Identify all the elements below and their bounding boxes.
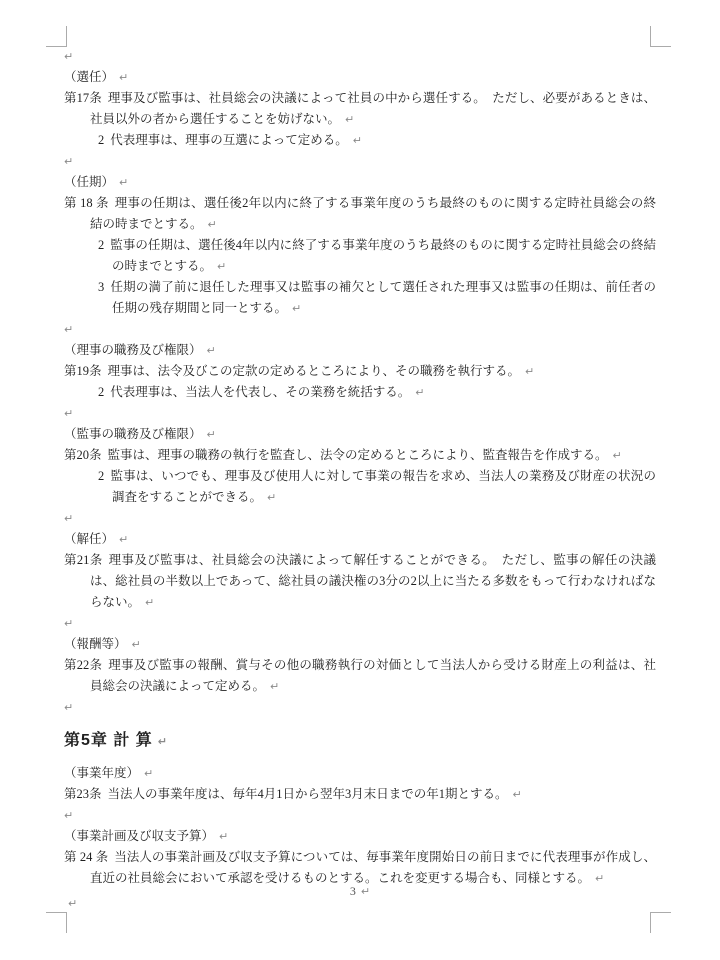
paragraph-mark-icon: ↵ (68, 897, 77, 910)
paragraph-text: 理事及び監事の報酬、賞与その他の職務執行の対価として当法人から受ける財産上の利益… (90, 658, 656, 693)
article-number: 第17条 (64, 91, 102, 105)
section-label: （選任）↵ (64, 67, 656, 88)
paragraph-mark-icon: ↵ (353, 130, 362, 151)
document-content: ↵（選任）↵第17条理事及び監事は、社員総会の決議によって社員の中から選任する。… (64, 46, 656, 889)
paragraph-mark-icon: ↵ (217, 256, 226, 277)
paragraph-text: （報酬等） (64, 637, 127, 651)
sub-item-paragraph: 2代表理事は、当法人を代表し、その業務を統括する。↵ (98, 382, 656, 403)
paragraph-mark-icon: ↵ (292, 298, 301, 319)
article-number: 2 (98, 133, 104, 147)
article-number: 2 (98, 238, 104, 252)
crop-mark-bottom-right-icon (650, 912, 671, 933)
paragraph-text: 代表理事は、当法人を代表し、その業務を統括する。 (110, 385, 410, 399)
paragraph-mark-icon: ↵ (64, 805, 73, 826)
paragraph-text: 監事は、理事の職務の執行を監査し、法令の定めるところにより、監査報告を作成する。 (108, 448, 608, 462)
article-number: 第19条 (64, 364, 102, 378)
paragraph-mark-icon: ↵ (64, 151, 73, 172)
paragraph-text: 理事及び監事は、社員総会の決議によって解任することができる。 ただし、監事の解任… (90, 553, 656, 609)
article-paragraph: 第23条当法人の事業年度は、毎年4月1日から翌年3月末日までの年1期とする。↵ (64, 784, 656, 805)
paragraph-mark-icon: ↵ (361, 885, 370, 898)
section-label: （解任）↵ (64, 529, 656, 550)
sub-item-paragraph: 2監事は、いつでも、理事及び使用人に対して事業の報告を求め、当法人の業務及び財産… (98, 466, 656, 508)
paragraph-mark-icon: ↵ (119, 67, 128, 88)
blank-line: ↵ (64, 46, 656, 67)
paragraph-text: 監事は、いつでも、理事及び使用人に対して事業の報告を求め、当法人の業務及び財産の… (110, 469, 656, 504)
article-number: 第20条 (64, 448, 102, 462)
paragraph-text: （選任） (64, 70, 114, 84)
section-label: （任期）↵ (64, 172, 656, 193)
paragraph-mark-icon: ↵ (64, 403, 73, 424)
article-number: 第 24 条 (64, 850, 108, 864)
paragraph-mark-icon: ↵ (144, 763, 153, 784)
paragraph-text: （任期） (64, 175, 114, 189)
paragraph-mark-icon: ↵ (219, 826, 228, 847)
blank-line: ↵ (64, 151, 656, 172)
article-paragraph: 第21条理事及び監事は、社員総会の決議によって解任することができる。 ただし、監… (64, 550, 656, 613)
blank-line: ↵ (64, 403, 656, 424)
paragraph-mark-icon: ↵ (64, 697, 73, 718)
crop-mark-top-left-icon (46, 26, 67, 47)
crop-mark-top-right-icon (650, 26, 671, 47)
article-paragraph: 第19条理事は、法令及びこの定款の定めるところにより、その職務を執行する。↵ (64, 361, 656, 382)
blank-line: ↵ (64, 508, 656, 529)
paragraph-text: （事業年度） (64, 766, 139, 780)
article-paragraph: 第 24 条当法人の事業計画及び収支予算については、毎事業年度開始日の前日までに… (64, 847, 656, 889)
paragraph-mark-icon: ↵ (132, 634, 141, 655)
article-number: 第22条 (64, 658, 102, 672)
blank-line: ↵ (64, 613, 656, 634)
section-label: （理事の職務及び権限）↵ (64, 340, 656, 361)
blank-line: ↵ (64, 697, 656, 718)
paragraph-text: 理事は、法令及びこの定款の定めるところにより、その職務を執行する。 (108, 364, 521, 378)
paragraph-mark-icon: ↵ (119, 529, 128, 550)
article-paragraph: 第22条理事及び監事の報酬、賞与その他の職務執行の対価として当法人から受ける財産… (64, 655, 656, 697)
paragraph-mark-icon: ↵ (145, 592, 154, 613)
article-number: 第 18 条 (64, 196, 109, 210)
paragraph-mark-icon: ↵ (207, 424, 216, 445)
paragraph-text: 監事の任期は、選任後4年以内に終了する事業年度のうち最終のものに関する定時社員総… (110, 238, 656, 273)
paragraph-mark-icon: ↵ (525, 361, 534, 382)
sub-item-paragraph: 2監事の任期は、選任後4年以内に終了する事業年度のうち最終のものに関する定時社員… (98, 235, 656, 277)
article-paragraph: 第20条監事は、理事の職務の執行を監査し、法令の定めるところにより、監査報告を作… (64, 445, 656, 466)
sub-item-paragraph: 2代表理事は、理事の互選によって定める。↵ (98, 130, 656, 151)
page-number-value: 3 (350, 884, 356, 898)
paragraph-mark-icon: ↵ (64, 46, 73, 67)
sub-item-paragraph: 3任期の満了前に退任した理事又は監事の補欠として選任された理事又は監事の任期は、… (98, 277, 656, 319)
paragraph-mark-icon: ↵ (64, 613, 73, 634)
article-number: 第21条 (64, 553, 103, 567)
crop-mark-bottom-left-icon (46, 912, 67, 933)
paragraph-text: 第5章 計 算 (64, 732, 153, 749)
paragraph-text: 代表理事は、理事の互選によって定める。 (110, 133, 348, 147)
article-number: 2 (98, 469, 104, 483)
article-number: 3 (98, 280, 104, 294)
article-number: 第23条 (64, 787, 102, 801)
document-page: ↵（選任）↵第17条理事及び監事は、社員総会の決議によって社員の中から選任する。… (0, 0, 720, 960)
article-paragraph: 第 18 条理事の任期は、選任後2年以内に終了する事業年度のうち最終のものに関す… (64, 193, 656, 235)
paragraph-mark-icon: ↵ (207, 340, 216, 361)
paragraph-text: 当法人の事業計画及び収支予算については、毎事業年度開始日の前日までに代表理事が作… (90, 850, 656, 885)
paragraph-mark-icon: ↵ (513, 784, 522, 805)
paragraph-text: 当法人の事業年度は、毎年4月1日から翌年3月末日までの年1期とする。 (108, 787, 508, 801)
section-label: （事業年度）↵ (64, 763, 656, 784)
paragraph-mark-icon: ↵ (613, 445, 622, 466)
blank-line: ↵ (64, 805, 656, 826)
paragraph-mark-icon: ↵ (267, 487, 276, 508)
paragraph-mark-icon: ↵ (119, 172, 128, 193)
article-paragraph: 第17条理事及び監事は、社員総会の決議によって社員の中から選任する。 ただし、必… (64, 88, 656, 130)
paragraph-text: 任期の満了前に退任した理事又は監事の補欠として選任された理事又は監事の任期は、前… (110, 280, 656, 315)
paragraph-text: 理事及び監事は、社員総会の決議によって社員の中から選任する。 ただし、必要がある… (90, 91, 656, 126)
paragraph-text: （事業計画及び収支予算） (64, 829, 214, 843)
paragraph-mark-icon: ↵ (64, 508, 73, 529)
paragraph-text: （理事の職務及び権限） (64, 343, 202, 357)
paragraph-mark-icon: ↵ (270, 676, 279, 697)
blank-line: ↵ (64, 319, 656, 340)
paragraph-mark-icon: ↵ (158, 731, 168, 753)
paragraph-text: （解任） (64, 532, 114, 546)
article-number: 2 (98, 385, 104, 399)
section-label: （事業計画及び収支予算）↵ (64, 826, 656, 847)
paragraph-mark-icon: ↵ (208, 214, 217, 235)
paragraph-mark-icon: ↵ (415, 382, 424, 403)
paragraph-mark-icon: ↵ (345, 109, 354, 130)
section-label: （監事の職務及び権限）↵ (64, 424, 656, 445)
chapter-heading: 第5章 計 算↵ (64, 730, 656, 753)
page-number: 3↵ (0, 884, 720, 899)
paragraph-text: （監事の職務及び権限） (64, 427, 202, 441)
section-label: （報酬等）↵ (64, 634, 656, 655)
paragraph-mark-icon: ↵ (64, 319, 73, 340)
paragraph-text: 理事の任期は、選任後2年以内に終了する事業年度のうち最終のものに関する定時社員総… (90, 196, 656, 231)
